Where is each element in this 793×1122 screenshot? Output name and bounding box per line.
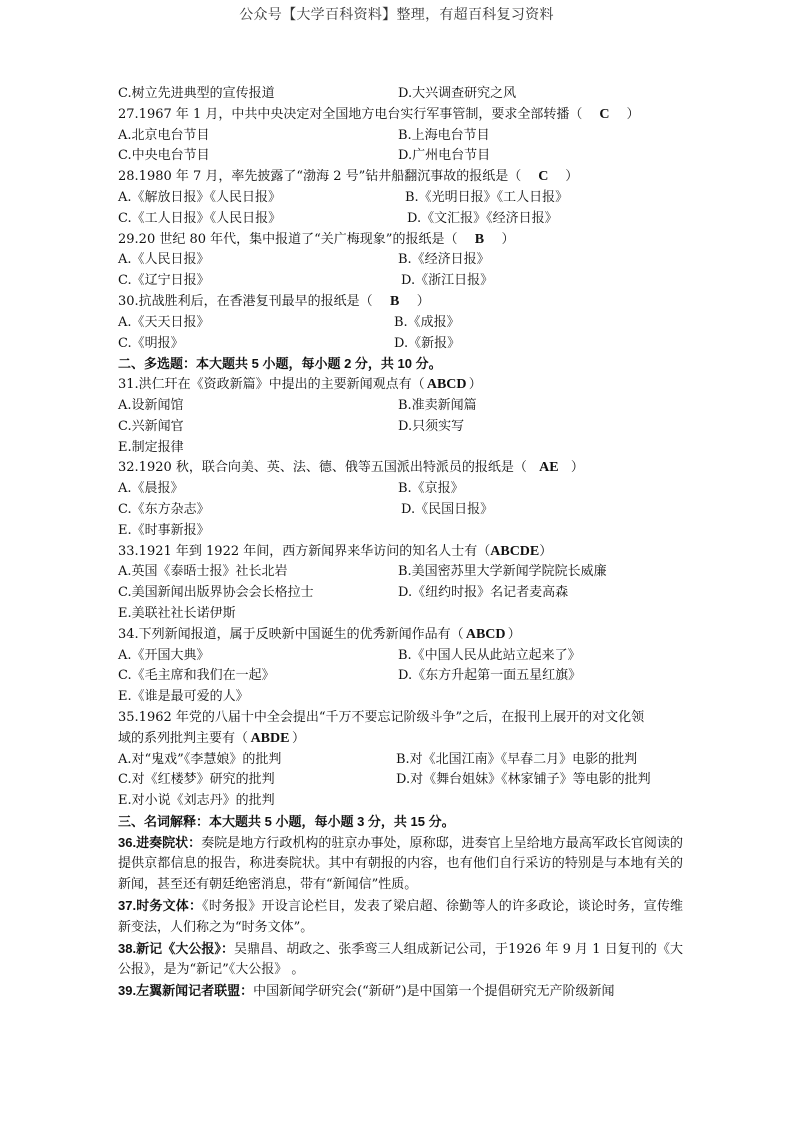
option-row: C.树立先进典型的宣传报道 D.大兴调查研究之风 — [118, 84, 683, 105]
term-name: 37.时务文体： — [118, 898, 202, 913]
option-b: B.《光明日报》《工人日报》 — [405, 188, 568, 209]
option-d: D.《民国日报》 — [401, 500, 493, 521]
question-28: 28.1980 年 7 月，率先披露了“渤海 2 号”钻井船翻沉事故的报纸是（C… — [118, 167, 683, 188]
option-b: B.上海电台节目 — [398, 126, 490, 147]
option-row: C.《明报》 D.《新报》 — [118, 334, 683, 355]
option-row: A.设新闻馆 B.准卖新闻篇 — [118, 396, 683, 417]
option-a: A.英国《泰晤士报》社长北岩 — [118, 562, 288, 583]
option-d: D.《文汇报》《经济日报》 — [407, 209, 558, 230]
option-d: D.《东方升起第一面五星红旗》 — [398, 666, 581, 687]
answer-key: B — [373, 292, 417, 313]
option-d: D.《纽约时报》名记者麦高森 — [398, 583, 568, 604]
stem-close: ） — [469, 377, 482, 392]
option-row: C.《东方杂志》 D.《民国日报》 — [118, 500, 683, 521]
option-d: D.《浙江日报》 — [401, 271, 493, 292]
option-row: A.《天天日报》 B.《成报》 — [118, 313, 683, 334]
option-row: C.对《红楼梦》研究的批判 D.对《舞台姐妹》《林家铺子》等电影的批判 — [118, 770, 683, 791]
question-30: 30.抗战胜利后，在香港复刊最早的报纸是（B） — [118, 292, 683, 313]
stem-close: ） — [539, 544, 552, 559]
option-a: A.《天天日报》 — [118, 313, 210, 334]
option-b: B.《经济日报》 — [398, 250, 490, 271]
answer-key: AE — [527, 458, 571, 479]
answer-key: ABCD — [425, 375, 469, 396]
option-row: C.中央电台节目 D.广州电台节目 — [118, 146, 683, 167]
answer-key: ABDE — [248, 729, 292, 750]
option-e: E.制定报律 — [118, 438, 683, 459]
option-c: C.《毛主席和我们在一起》 — [118, 666, 275, 687]
term-39: 39.左翼新闻记者联盟：中国新闻学研究会(“新研”)是中国第一个提倡研究无产阶级… — [118, 981, 683, 1003]
option-a: A.对“鬼戏”《李慧娘》的批判 — [118, 750, 281, 771]
question-stem: 29.20 世纪 80 年代，集中报道了“关广梅现象”的报纸是（ — [118, 232, 457, 247]
stem-close: ） — [292, 731, 305, 746]
option-c: C.美国新闻出版界协会会长格拉士 — [118, 583, 314, 604]
stem-close: ） — [565, 169, 578, 184]
option-row: C.美国新闻出版界协会会长格拉士 D.《纽约时报》名记者麦高森 — [118, 583, 683, 604]
stem-close: ） — [501, 232, 514, 247]
question-34: 34.下列新闻报道，属于反映新中国诞生的优秀新闻作品有（ABCD） — [118, 625, 683, 646]
answer-key: C — [582, 105, 626, 126]
option-e: E.对小说《刘志丹》的批判 — [118, 791, 683, 812]
option-d: D.《新报》 — [394, 334, 460, 355]
option-c: C.《明报》 — [118, 334, 184, 355]
term-name: 36.进奏院状： — [118, 835, 201, 850]
question-stem: 34.下列新闻报道，属于反映新中国诞生的优秀新闻作品有（ — [118, 627, 464, 642]
stem-close: ） — [571, 460, 584, 475]
option-d: D.大兴调查研究之风 — [398, 84, 516, 105]
option-b: B.《京报》 — [398, 479, 464, 500]
option-e: E.美联社社长诺伊斯 — [118, 604, 683, 625]
option-row: A.《晨报》 B.《京报》 — [118, 479, 683, 500]
option-b: B.美国密苏里大学新闻学院院长威廉 — [398, 562, 607, 583]
option-c: C.《辽宁日报》 — [118, 271, 210, 292]
option-row: A.英国《泰晤士报》社长北岩 B.美国密苏里大学新闻学院院长威廉 — [118, 562, 683, 583]
stem-close: ） — [508, 627, 521, 642]
question-stem: 33.1921 年到 1922 年间，西方新闻界来华访问的知名人士有（ — [118, 544, 490, 559]
option-row: A.对“鬼戏”《李慧娘》的批判 B.对《北国江南》《早春二月》电影的批判 — [118, 750, 683, 771]
option-c: C.对《红楼梦》研究的批判 — [118, 770, 275, 791]
option-d: D.只须实写 — [398, 417, 464, 438]
page-header-watermark: 公众号【大学百科资料】整理，有超百科复习资料 — [0, 4, 793, 24]
question-stem: 32.1920 秋，联合向美、英、法、德、俄等五国派出特派员的报纸是（ — [118, 460, 527, 475]
stem-close: ） — [417, 294, 430, 309]
option-row: A.《开国大典》 B.《中国人民从此站立起来了》 — [118, 646, 683, 667]
option-row: A.《人民日报》 B.《经济日报》 — [118, 250, 683, 271]
option-a: A.《开国大典》 — [118, 646, 210, 667]
option-b: B.《成报》 — [394, 313, 460, 334]
question-33: 33.1921 年到 1922 年间，西方新闻界来华访问的知名人士有（ABCDE… — [118, 542, 683, 563]
answer-key: B — [457, 230, 501, 251]
option-c: C.兴新闻官 — [118, 417, 184, 438]
question-29: 29.20 世纪 80 年代，集中报道了“关广梅现象”的报纸是（B） — [118, 230, 683, 251]
option-a: A.《人民日报》 — [118, 250, 210, 271]
option-row: C.《工人日报》《人民日报》 D.《文汇报》《经济日报》 — [118, 209, 683, 230]
term-name: 39.左翼新闻记者联盟： — [118, 983, 253, 998]
option-a: A.《晨报》 — [118, 479, 184, 500]
option-a: A.设新闻馆 — [118, 396, 184, 417]
option-c: C.树立先进典型的宣传报道 — [118, 84, 275, 105]
term-37: 37.时务文体：《时务报》开设言论栏目，发表了梁启超、徐勤等人的许多政论，谈论时… — [118, 896, 683, 939]
option-c: C.《东方杂志》 — [118, 500, 210, 521]
term-name: 38.新记《大公报》： — [118, 941, 234, 956]
term-definition: 中国新闻学研究会(“新研”)是中国第一个提倡研究无产阶级新闻 — [253, 984, 614, 999]
answer-key: ABCD — [464, 625, 508, 646]
option-row: C.《辽宁日报》 D.《浙江日报》 — [118, 271, 683, 292]
question-stem: 31.洪仁玕在《资政新篇》中提出的主要新闻观点有（ — [118, 377, 425, 392]
stem-close: ） — [626, 107, 639, 122]
question-32: 32.1920 秋，联合向美、英、法、德、俄等五国派出特派员的报纸是（AE） — [118, 458, 683, 479]
term-38: 38.新记《大公报》：吴鼎昌、胡政之、张季鸾三人组成新记公司，于1926 年 9… — [118, 939, 683, 982]
option-row: A.北京电台节目 B.上海电台节目 — [118, 126, 683, 147]
question-stem: 域的系列批判主要有（ — [118, 731, 248, 746]
option-c: C.《工人日报》《人民日报》 — [118, 209, 281, 230]
option-row: A.《解放日报》《人民日报》 B.《光明日报》《工人日报》 — [118, 188, 683, 209]
question-31: 31.洪仁玕在《资政新篇》中提出的主要新闻观点有（ABCD） — [118, 375, 683, 396]
question-35-line1: 35.1962 年党的八届十中全会提出“千万不要忘记阶级斗争”之后，在报刊上展开… — [118, 708, 683, 729]
question-27: 27.1967 年 1 月，中共中央决定对全国地方电台实行军事管制，要求全部转播… — [118, 105, 683, 126]
option-b: B.对《北国江南》《早春二月》电影的批判 — [396, 750, 637, 771]
section-title-term-explanation: 三、名词解释：本大题共 5 小题，每小题 3 分，共 15 分。 — [118, 812, 683, 833]
exam-content: C.树立先进典型的宣传报道 D.大兴调查研究之风 27.1967 年 1 月，中… — [118, 84, 683, 1003]
section-title-multiple-choice: 二、多选题：本大题共 5 小题，每小题 2 分，共 10 分。 — [118, 354, 683, 375]
term-definition: 《时务报》开设言论栏目，发表了梁启超、徐勤等人的许多政论，谈论时务，宣传维新变法… — [118, 899, 683, 935]
question-stem: 30.抗战胜利后，在香港复刊最早的报纸是（ — [118, 294, 373, 309]
option-b: B.准卖新闻篇 — [398, 396, 477, 417]
option-d: D.广州电台节目 — [398, 146, 490, 167]
option-c: C.中央电台节目 — [118, 146, 210, 167]
answer-key: ABCDE — [490, 542, 539, 563]
question-stem: 28.1980 年 7 月，率先披露了“渤海 2 号”钻井船翻沉事故的报纸是（ — [118, 169, 521, 184]
option-a: A.北京电台节目 — [118, 126, 210, 147]
term-36: 36.进奏院状：奏院是地方行政机构的驻京办事处，原称邸，进奏官上呈给地方最高军政… — [118, 833, 683, 896]
option-row: C.《毛主席和我们在一起》 D.《东方升起第一面五星红旗》 — [118, 666, 683, 687]
option-a: A.《解放日报》《人民日报》 — [118, 188, 281, 209]
option-e: E.《谁是最可爱的人》 — [118, 687, 683, 708]
question-35-line2: 域的系列批判主要有（ABDE） — [118, 729, 683, 750]
answer-key: C — [521, 167, 565, 188]
question-stem: 27.1967 年 1 月，中共中央决定对全国地方电台实行军事管制，要求全部转播… — [118, 107, 582, 122]
term-definition: 奏院是地方行政机构的驻京办事处，原称邸，进奏官上呈给地方最高军政长官阅读的提供京… — [118, 836, 683, 893]
option-e: E.《时事新报》 — [118, 521, 683, 542]
option-row: C.兴新闻官 D.只须实写 — [118, 417, 683, 438]
option-d: D.对《舞台姐妹》《林家铺子》等电影的批判 — [396, 770, 651, 791]
option-b: B.《中国人民从此站立起来了》 — [398, 646, 581, 667]
